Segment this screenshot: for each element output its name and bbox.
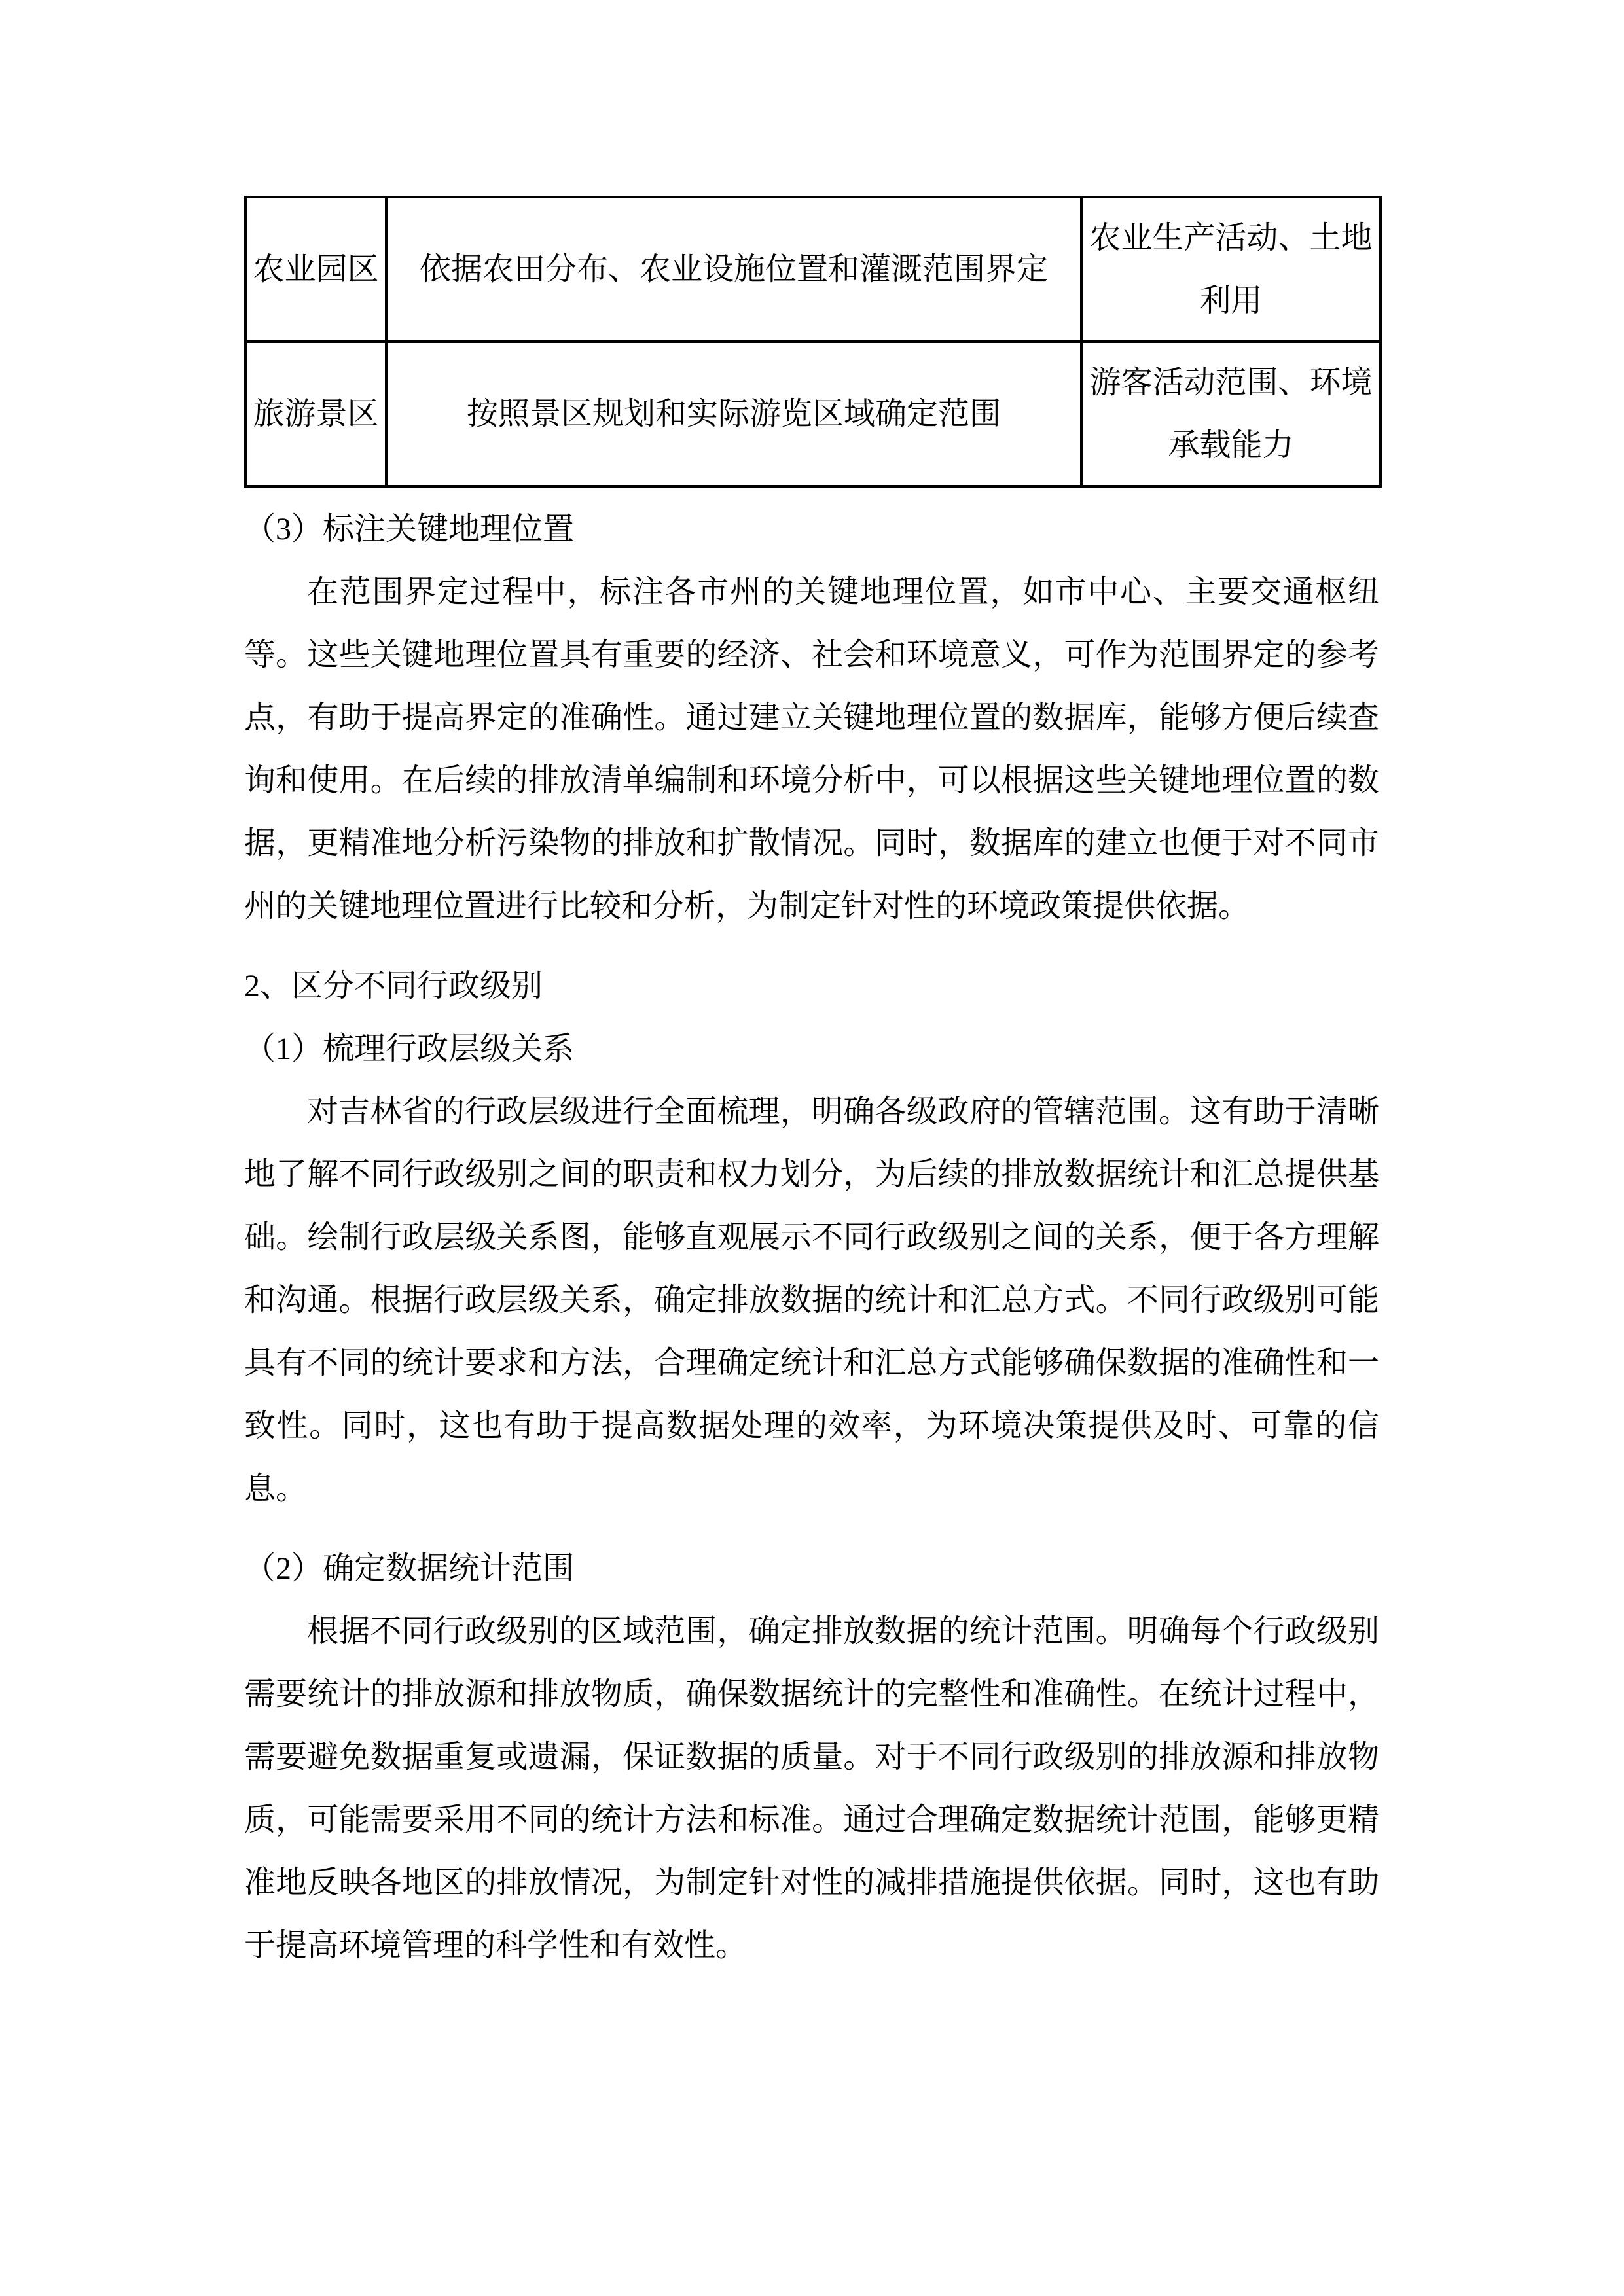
table-cell-considerations: 游客活动范围、环境承载能力 [1081, 342, 1380, 486]
paragraph: 在范围界定过程中，标注各市州的关键地理位置，如市中心、主要交通枢纽等。这些关键地… [244, 561, 1379, 938]
section-heading: （3）标注关键地理位置 [244, 498, 1379, 561]
table-cell-considerations: 农业生产活动、土地利用 [1081, 197, 1380, 342]
section-heading: （1）梳理行政层级关系 [244, 1018, 1379, 1081]
document-page: { "page": { "background_color": "#ffffff… [0, 0, 1624, 2296]
table-cell-region-type: 农业园区 [245, 197, 386, 342]
section-heading: 2、区分不同行政级别 [244, 955, 1379, 1018]
document-body: （3）标注关键地理位置 在范围界定过程中，标注各市州的关键地理位置，如市中心、主… [244, 498, 1379, 1977]
table-cell-definition-basis: 依据农田分布、农业设施位置和灌溉范围界定 [386, 197, 1081, 342]
section-heading: （2）确定数据统计范围 [244, 1537, 1379, 1600]
paragraph: 根据不同行政级别的区域范围，确定排放数据的统计范围。明确每个行政级别需要统计的排… [244, 1600, 1379, 1977]
table-cell-region-type: 旅游景区 [245, 342, 386, 486]
region-definition-table: 农业园区 依据农田分布、农业设施位置和灌溉范围界定 农业生产活动、土地利用 旅游… [244, 196, 1382, 488]
table-row: 旅游景区 按照景区规划和实际游览区域确定范围 游客活动范围、环境承载能力 [245, 342, 1380, 486]
paragraph: 对吉林省的行政层级进行全面梳理，明确各级政府的管辖范围。这有助于清晰地了解不同行… [244, 1081, 1379, 1520]
table-cell-definition-basis: 按照景区规划和实际游览区域确定范围 [386, 342, 1081, 486]
table-row: 农业园区 依据农田分布、农业设施位置和灌溉范围界定 农业生产活动、土地利用 [245, 197, 1380, 342]
